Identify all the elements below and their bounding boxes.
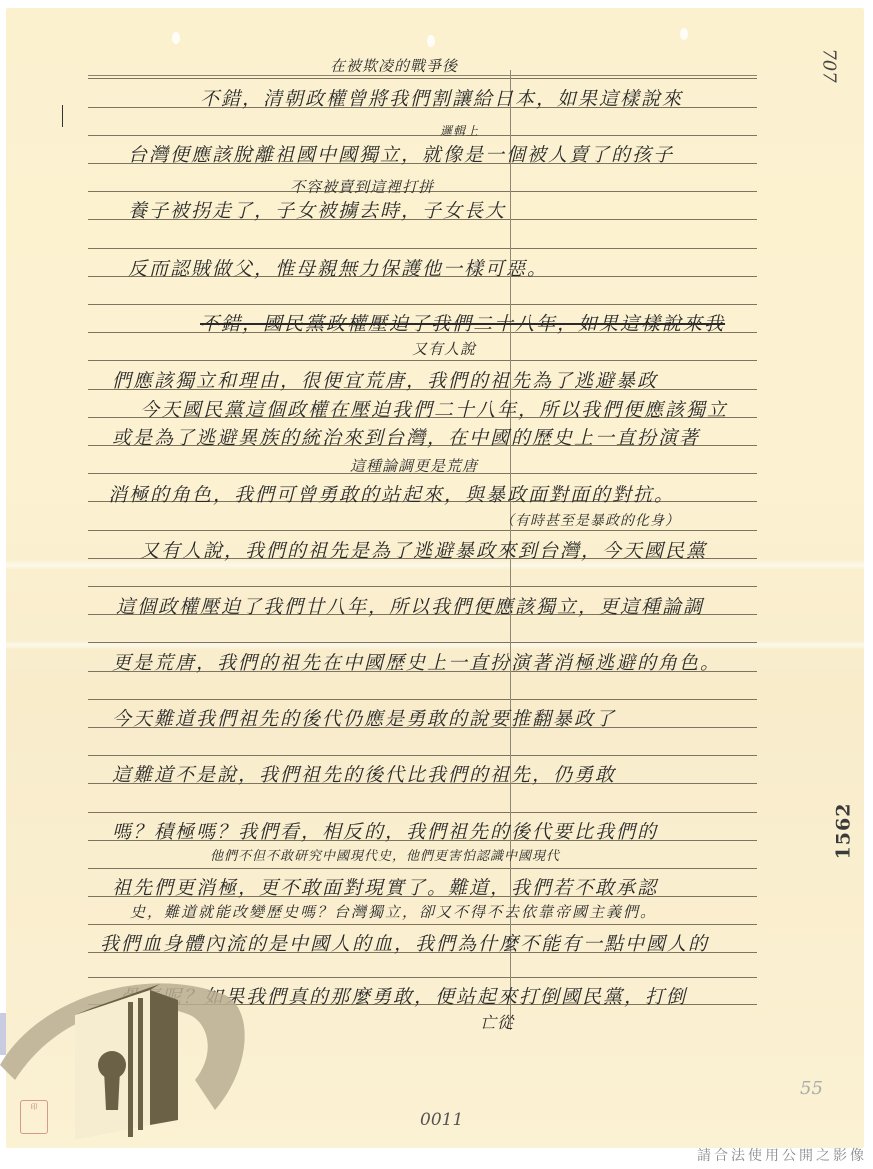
ruled-line	[88, 924, 757, 925]
ruled-line	[88, 248, 757, 249]
handwritten-line: 台灣便應該脫離祖國中國獨立，就像是一個被人賣了的孩子	[128, 140, 788, 167]
handwritten-line: 這難道不是說，我們祖先的後代比我們的祖先，仍勇敢	[112, 760, 772, 787]
handwritten-line: 史，難道就能改變歷史嗎？台灣獨立，卻又不得不去依靠帝國主義們。	[130, 901, 790, 922]
archive-number: 1562	[832, 803, 854, 860]
handwritten-line: 更是荒唐，我們的祖先在中國歷史上一直扮演著消極逃避的角色。	[112, 648, 772, 675]
ruled-line	[88, 78, 757, 79]
handwritten-insert: 這種論調更是荒唐	[350, 455, 873, 476]
handwritten-line: 今天國民黨這個政權在壓迫我們二十八年，所以我們便應該獨立	[140, 395, 800, 422]
handwritten-insert: 又有人說	[412, 338, 873, 359]
punch-hole	[172, 32, 180, 44]
punch-hole	[680, 28, 688, 40]
handwritten-line: 消極的角色，我們可曾勇敢的站起來，與暴政面對面的對抗。	[108, 480, 768, 507]
handwritten-line: 養子被拐走了，子女被擄去時，子女長大	[128, 196, 788, 223]
handwritten-line: 今天難道我們祖先的後代仍應是勇敢的說要推翻暴政了	[112, 704, 772, 731]
punch-hole	[427, 35, 435, 47]
handwritten-line: 嗎？積極嗎？我們看，相反的，我們祖先的後代要比我們的	[112, 817, 772, 844]
handwritten-line: 們應該獨立和理由，很便宜荒唐，我們的祖先為了逃避暴政	[112, 366, 772, 393]
ruled-line	[88, 530, 757, 531]
margin-mark	[62, 105, 63, 127]
handwritten-insert: 在被欺凌的戰爭後	[330, 55, 873, 76]
handwritten-line-struck: 不錯，國民黨政權壓迫了我們二十八年，如果這樣說來我	[200, 309, 860, 336]
handwritten-line: 反而認賊做父，惟母親無力保護他一樣可惡。	[128, 254, 788, 281]
handwritten-line: 或是為了逃避異族的統治來到台灣，在中國的歷史上一直扮演著	[112, 423, 772, 450]
handwritten-line: 我們血身體內流的是中國人的血，我們為什麼不能有一點中國人的	[100, 929, 760, 956]
handwritten-line: 又有人說，我們的祖先是為了逃避暴政來到台灣，今天國民黨	[140, 536, 800, 563]
corner-note: 707	[819, 48, 840, 82]
ruled-line	[88, 304, 757, 305]
scan-edge-mark	[0, 1013, 6, 1055]
page-number: 0011	[420, 1110, 463, 1130]
handwritten-insert: 他們不但不敢研究中國現代史，他們更害怕認識中國現代	[210, 845, 870, 864]
ruled-line	[88, 812, 757, 813]
handwritten-line: 這個政權壓迫了我們廿八年，所以我們便應該獨立，更這種論調	[116, 592, 776, 619]
red-seal-stamp: 印	[20, 1100, 48, 1134]
handwritten-insert: （有時甚至是暴政的化身）	[500, 510, 873, 530]
handwritten-insert: 亡從	[480, 1010, 873, 1033]
ruled-line	[88, 360, 757, 361]
ruled-line	[88, 699, 757, 700]
ruled-line	[88, 755, 757, 756]
handwritten-insert: 不容被賣到這裡打拼	[290, 176, 873, 197]
handwritten-line: 祖先們更消極，更不敢面對現實了。難道，我們若不敢承認	[112, 873, 772, 900]
pencil-mark: 55	[800, 1078, 823, 1099]
ruled-line	[88, 642, 757, 643]
handwritten-insert: 邏輯上	[440, 122, 873, 139]
handwritten-line: 不錯，清朝政權曾將我們割讓給日本，如果這樣說來	[200, 84, 860, 111]
usage-watermark: 請合法使用公開之影像	[697, 1145, 867, 1165]
ruled-line	[88, 868, 757, 869]
ruled-line	[88, 586, 757, 587]
